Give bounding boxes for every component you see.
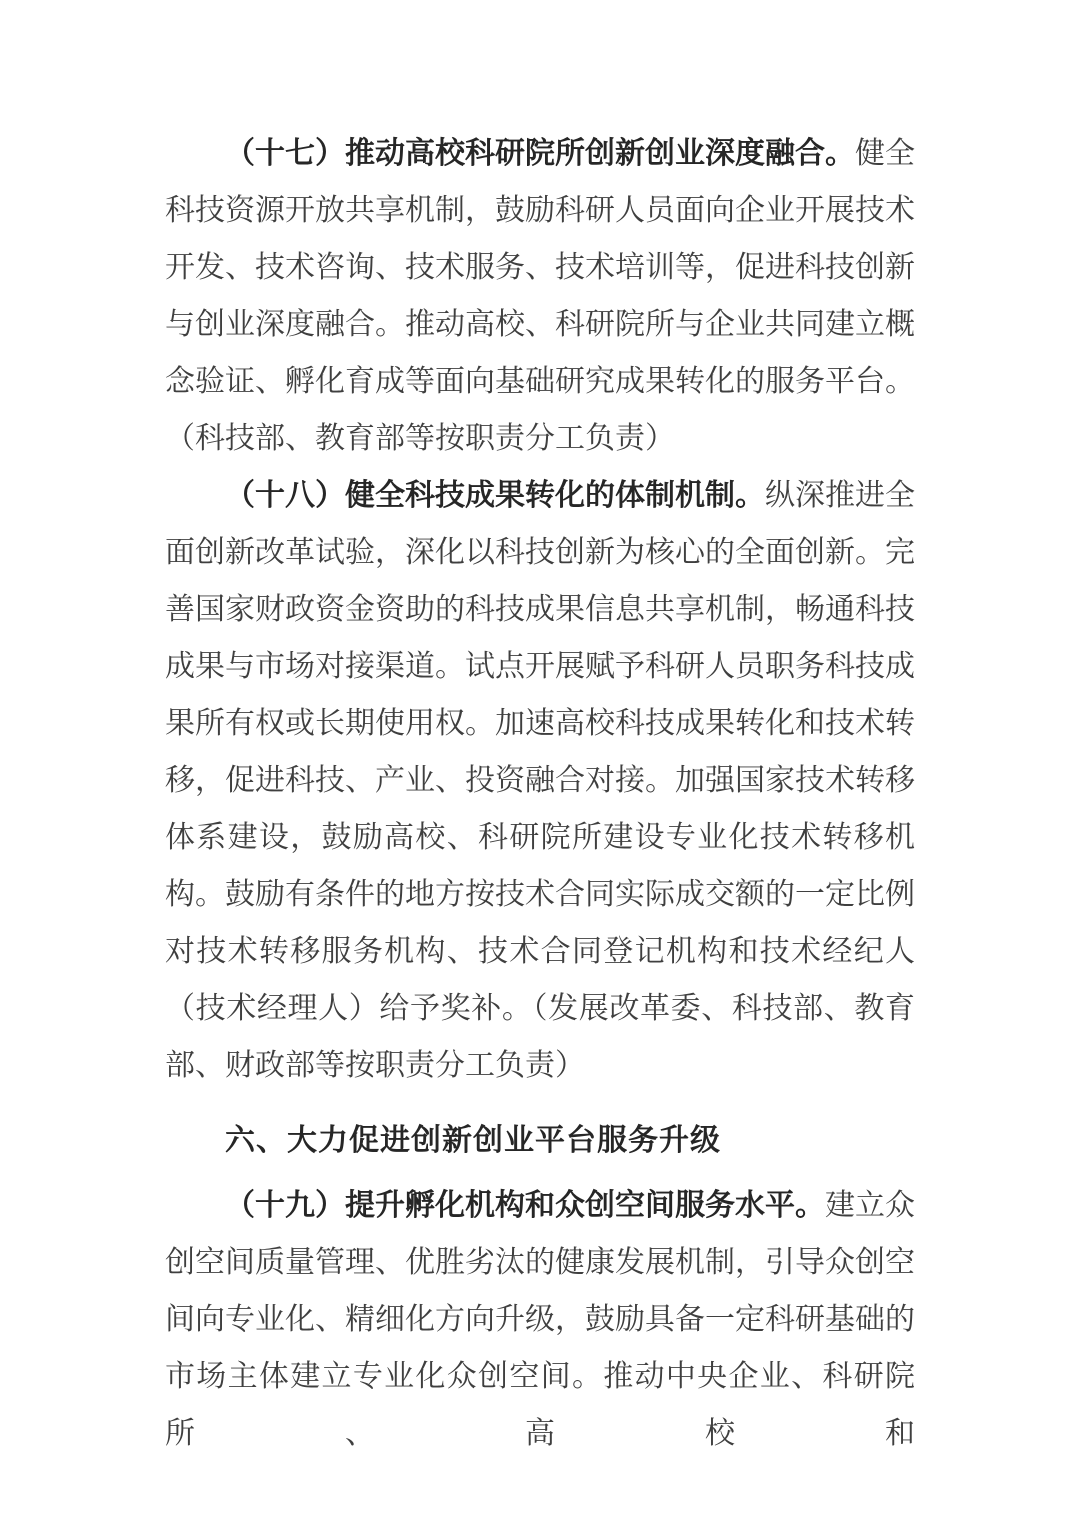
- document-page: （十七）推动高校科研院所创新创业深度融合。健全科技资源开放共享机制，鼓励科研人员…: [0, 0, 1080, 1527]
- paragraph-item-17: （十七）推动高校科研院所创新创业深度融合。健全科技资源开放共享机制，鼓励科研人员…: [165, 125, 915, 467]
- paragraph-19-lead: （十九）提升孵化机构和众创空间服务水平。: [225, 1189, 825, 1222]
- paragraph-item-19: （十九）提升孵化机构和众创空间服务水平。建立众创空间质量管理、优胜劣汰的健康发展…: [165, 1177, 915, 1462]
- paragraph-17-lead: （十七）推动高校科研院所创新创业深度融合。: [225, 137, 855, 170]
- section-heading-6: 六、大力促进创新创业平台服务升级: [165, 1112, 915, 1169]
- paragraph-18-body: 纵深推进全面创新改革试验，深化以科技创新为核心的全面创新。完善国家财政资金资助的…: [165, 479, 915, 1082]
- paragraph-18-lead: （十八）健全科技成果转化的体制机制。: [225, 479, 765, 512]
- paragraph-17-body: 健全科技资源开放共享机制，鼓励科研人员面向企业开展技术开发、技术咨询、技术服务、…: [165, 137, 915, 455]
- paragraph-item-18: （十八）健全科技成果转化的体制机制。纵深推进全面创新改革试验，深化以科技创新为核…: [165, 467, 915, 1094]
- paragraph-19-body: 建立众创空间质量管理、优胜劣汰的健康发展机制，引导众创空间向专业化、精细化方向升…: [165, 1189, 915, 1450]
